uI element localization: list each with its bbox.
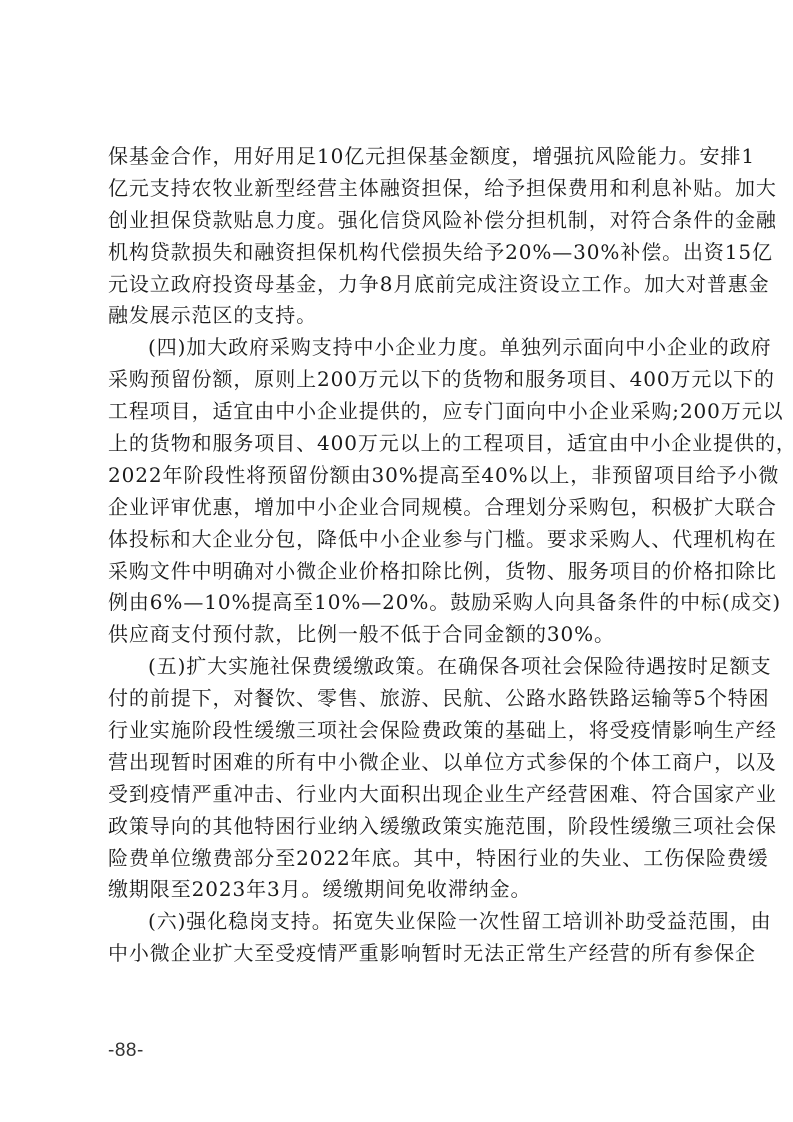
text-line: 采购文件中明确对小微企业价格扣除比例，货物、服务项目的价格扣除比 — [108, 556, 698, 588]
text-line: 供应商支付预付款，比例一般不低于合同金额的30%。 — [108, 619, 698, 651]
text-line: 企业评审优惠，增加中小企业合同规模。合理划分采购包，积极扩大联合 — [108, 492, 698, 524]
document-body: 保基金合作，用好用足10亿元担保基金额度，增强抗风险能力。安排1 亿元支持农牧业… — [108, 141, 698, 970]
text-line: 机构贷款损失和融资担保机构代偿损失给予20%—30%补偿。出资15亿 — [108, 237, 698, 269]
paragraph-job-stabilization: (六)强化稳岗支持。拓宽失业保险一次性留工培训补助受益范围，由 中小微企业扩大至… — [108, 906, 698, 970]
text-line: 中小微企业扩大至受疫情严重影响暂时无法正常生产经营的所有参保企 — [108, 938, 698, 970]
paragraph-social-insurance-deferral: (五)扩大实施社保费缓缴政策。在确保各项社会保险待遇按时足额支 付的前提下，对餐… — [108, 651, 698, 906]
text-line: 工程项目，适宜由中小企业提供的，应专门面向中小企业采购;200万元以 — [108, 396, 698, 428]
page-number: -88- — [108, 1040, 144, 1062]
text-line: 保基金合作，用好用足10亿元担保基金额度，增强抗风险能力。安排1 — [108, 141, 698, 173]
text-line: 亿元支持农牧业新型经营主体融资担保，给予担保费用和利息补贴。加大 — [108, 173, 698, 205]
document-page: 保基金合作，用好用足10亿元担保基金额度，增强抗风险能力。安排1 亿元支持农牧业… — [0, 0, 793, 1122]
text-line: 例由6%—10%提高至10%—20%。鼓励采购人向具备条件的中标(成交) — [108, 587, 698, 619]
paragraph-government-procurement: (四)加大政府采购支持中小企业力度。单独列示面向中小企业的政府 采购预留份额，原… — [108, 332, 698, 651]
text-line: (六)强化稳岗支持。拓宽失业保险一次性留工培训补助受益范围，由 — [108, 906, 698, 938]
paragraph-guarantee-fund: 保基金合作，用好用足10亿元担保基金额度，增强抗风险能力。安排1 亿元支持农牧业… — [108, 141, 698, 332]
text-line: 创业担保贷款贴息力度。强化信贷风险补偿分担机制，对符合条件的金融 — [108, 205, 698, 237]
text-line: 采购预留份额，原则上200万元以下的货物和服务项目、400万元以下的 — [108, 364, 698, 396]
text-line: 付的前提下，对餐饮、零售、旅游、民航、公路水路铁路运输等5个特困 — [108, 683, 698, 715]
text-line: 受到疫情严重冲击、行业内大面积出现企业生产经营困难、符合国家产业 — [108, 779, 698, 811]
text-line: 缴期限至2023年3月。缓缴期间免收滞纳金。 — [108, 874, 698, 906]
text-line: 2022年阶段性将预留份额由30%提高至40%以上，非预留项目给予小微 — [108, 460, 698, 492]
text-line: 元设立政府投资母基金，力争8月底前完成注资设立工作。加大对普惠金 — [108, 269, 698, 301]
text-line: (五)扩大实施社保费缓缴政策。在确保各项社会保险待遇按时足额支 — [108, 651, 698, 683]
text-line: 融发展示范区的支持。 — [108, 300, 698, 332]
text-line: 体投标和大企业分包，降低中小企业参与门槛。要求采购人、代理机构在 — [108, 524, 698, 556]
text-line: 上的货物和服务项目、400万元以上的工程项目，适宜由中小企业提供的， — [108, 428, 698, 460]
text-line: 政策导向的其他特困行业纳入缓缴政策实施范围，阶段性缓缴三项社会保 — [108, 811, 698, 843]
text-line: 险费单位缴费部分至2022年底。其中，特困行业的失业、工伤保险费缓 — [108, 843, 698, 875]
text-line: 行业实施阶段性缓缴三项社会保险费政策的基础上，将受疫情影响生产经 — [108, 715, 698, 747]
text-line: (四)加大政府采购支持中小企业力度。单独列示面向中小企业的政府 — [108, 332, 698, 364]
text-line: 营出现暂时困难的所有中小微企业、以单位方式参保的个体工商户，以及 — [108, 747, 698, 779]
